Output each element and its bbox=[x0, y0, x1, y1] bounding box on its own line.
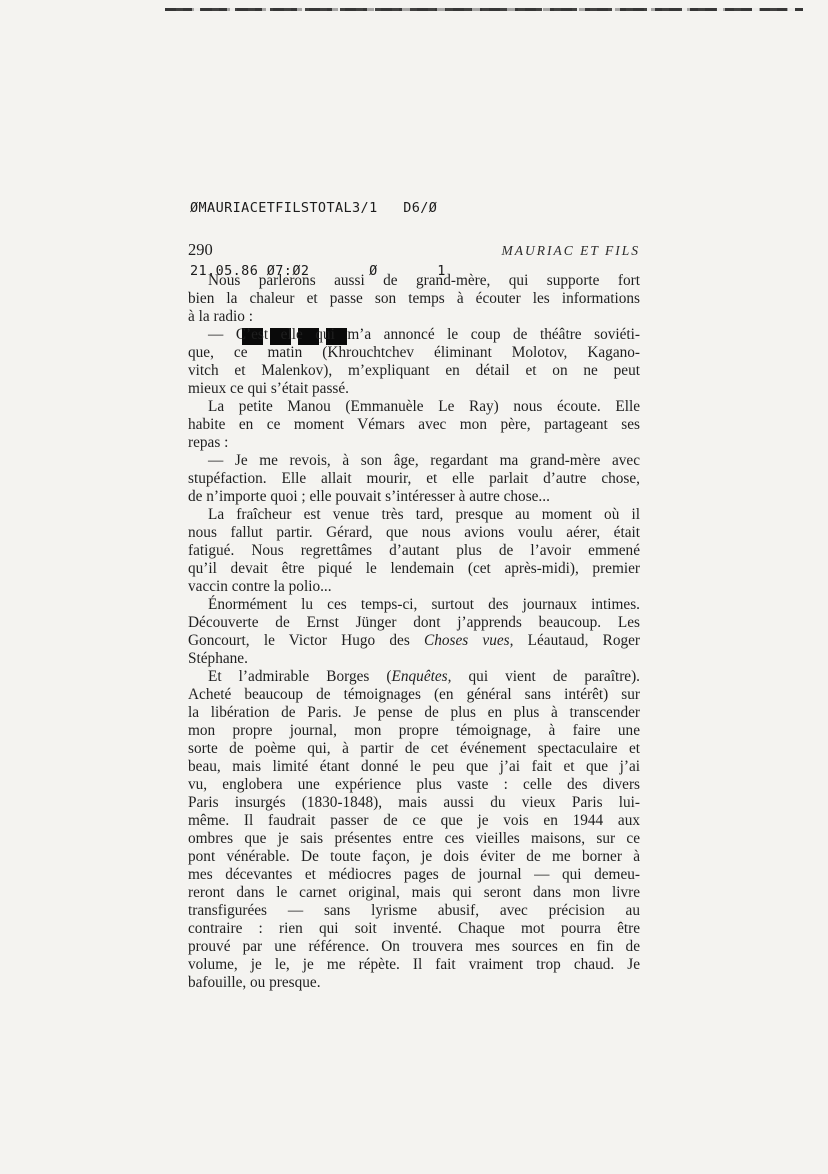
text-line: la libération de Paris. Je pense de plus… bbox=[188, 704, 640, 722]
text-segment: mieux ce qui s’était passé. bbox=[188, 380, 349, 397]
text-segment: La petite Manou (Emmanuèle Le Ray) nous … bbox=[208, 398, 640, 415]
text-segment: vaccin contre la polio... bbox=[188, 578, 332, 595]
text-line: stupéfaction. Elle allait mourir, et ell… bbox=[188, 470, 640, 488]
text-line: fatigué. Nous regrettâmes d’autant plus … bbox=[188, 542, 640, 560]
text-segment: Découverte de Ernst Jünger dont j’appren… bbox=[188, 614, 640, 631]
text-line: Paris insurgés (1830-1848), mais aussi d… bbox=[188, 794, 640, 812]
text-line: repas : bbox=[188, 434, 640, 452]
text-line: — C’est elle qui m’a annoncé le coup de … bbox=[188, 326, 640, 344]
scan-edge-line bbox=[165, 8, 803, 11]
text-segment: Paris insurgés (1830-1848), mais aussi d… bbox=[188, 794, 640, 811]
text-line: qu’il devait être piqué le lendemain (ce… bbox=[188, 560, 640, 578]
text-line: même. Il faudrait passer de ce que je vo… bbox=[188, 812, 640, 830]
text-line: Découverte de Ernst Jünger dont j’appren… bbox=[188, 614, 640, 632]
text-segment: Goncourt, le Victor Hugo des bbox=[188, 632, 424, 649]
italic-text-segment: Enquêtes, bbox=[392, 668, 452, 685]
text-line: Acheté beaucoup de témoignages (en génér… bbox=[188, 686, 640, 704]
text-segment: la libération de Paris. Je pense de plus… bbox=[188, 704, 640, 721]
text-segment: stupéfaction. Elle allait mourir, et ell… bbox=[188, 470, 640, 487]
text-line: mon propre journal, mon propre témoignag… bbox=[188, 722, 640, 740]
text-segment: sorte de poème qui, à partir de cet évén… bbox=[188, 740, 640, 757]
italic-text-segment: Choses vues, bbox=[424, 632, 513, 649]
text-line: à la radio : bbox=[188, 308, 640, 326]
scanned-book-page: ØMAURIACETFILSTOTAL3/1 D6/Ø 21.05.86 Ø7:… bbox=[0, 0, 828, 1174]
text-segment: qu’il devait être piqué le lendemain (ce… bbox=[188, 560, 640, 577]
printer-header-line1: ØMAURIACETFILSTOTAL3/1 D6/Ø bbox=[190, 198, 446, 219]
text-segment: bien la chaleur et passe son temps à éco… bbox=[188, 290, 640, 307]
text-segment: que, ce matin (Khrouchtchev éliminant Mo… bbox=[188, 344, 640, 361]
text-line: mes décevantes et médiocres pages de jou… bbox=[188, 866, 640, 884]
text-line: volume, je le, je me répète. Il fait vra… bbox=[188, 956, 640, 974]
text-line: vitch et Malenkov), m’expliquant en déta… bbox=[188, 362, 640, 380]
page-number: 290 bbox=[188, 240, 213, 260]
running-title: MAURIAC ET FILS bbox=[502, 243, 641, 259]
text-segment: Stéphane. bbox=[188, 650, 248, 667]
text-line: — Je me revois, à son âge, regardant ma … bbox=[188, 452, 640, 470]
page-header: 290 MAURIAC ET FILS bbox=[188, 240, 640, 260]
text-segment: habite en ce moment Vémars avec mon père… bbox=[188, 416, 640, 433]
text-line: vu, englobera une expérience plus vaste … bbox=[188, 776, 640, 794]
text-segment: volume, je le, je me répète. Il fait vra… bbox=[188, 956, 640, 973]
text-line: bafouille, ou presque. bbox=[188, 974, 640, 992]
text-segment: mes décevantes et médiocres pages de jou… bbox=[188, 866, 640, 883]
text-segment: reront dans le carnet original, mais qui… bbox=[188, 884, 640, 901]
text-segment: prouvé par une référence. On trouvera me… bbox=[188, 938, 640, 955]
text-line: La petite Manou (Emmanuèle Le Ray) nous … bbox=[188, 398, 640, 416]
text-line: transfigurées — sans lyrisme abusif, ave… bbox=[188, 902, 640, 920]
text-line: mieux ce qui s’était passé. bbox=[188, 380, 640, 398]
text-segment: ombres que je sais présentes entre ces v… bbox=[188, 830, 640, 847]
text-line: Et l’admirable Borges (Enquêtes, qui vie… bbox=[188, 668, 640, 686]
text-line: pont vénérable. De toute façon, je dois … bbox=[188, 848, 640, 866]
text-line: vaccin contre la polio... bbox=[188, 578, 640, 596]
text-line: que, ce matin (Khrouchtchev éliminant Mo… bbox=[188, 344, 640, 362]
body-text: Nous parlerons aussi de grand-mère, qui … bbox=[188, 272, 640, 992]
text-segment: contraire : rien qui soit inventé. Chaqu… bbox=[188, 920, 640, 937]
text-segment: Énormément lu ces temps-ci, surtout des … bbox=[208, 596, 640, 613]
text-segment: de n’importe quoi ; elle pouvait s’intér… bbox=[188, 488, 550, 505]
text-segment: Nous parlerons aussi de grand-mère, qui … bbox=[208, 272, 640, 289]
text-segment: même. Il faudrait passer de ce que je vo… bbox=[188, 812, 640, 829]
text-line: ombres que je sais présentes entre ces v… bbox=[188, 830, 640, 848]
text-segment: qui vient de paraître). bbox=[451, 668, 640, 685]
text-line: habite en ce moment Vémars avec mon père… bbox=[188, 416, 640, 434]
text-segment: fatigué. Nous regrettâmes d’autant plus … bbox=[188, 542, 640, 559]
text-segment: bafouille, ou presque. bbox=[188, 974, 321, 991]
text-segment: Acheté beaucoup de témoignages (en génér… bbox=[188, 686, 640, 703]
text-segment: transfigurées — sans lyrisme abusif, ave… bbox=[188, 902, 640, 919]
text-line: beau, mais limité étant donné le peu que… bbox=[188, 758, 640, 776]
text-segment: La fraîcheur est venue très tard, presqu… bbox=[208, 506, 640, 523]
text-segment: — Je me revois, à son âge, regardant ma … bbox=[208, 452, 640, 469]
text-segment: mon propre journal, mon propre témoignag… bbox=[188, 722, 640, 739]
text-segment: Léautaud, Roger bbox=[513, 632, 640, 649]
text-line: Goncourt, le Victor Hugo des Choses vues… bbox=[188, 632, 640, 650]
text-segment: vitch et Malenkov), m’expliquant en déta… bbox=[188, 362, 640, 379]
text-segment: — C’est elle qui m’a annoncé le coup de … bbox=[208, 326, 640, 343]
text-segment: pont vénérable. De toute façon, je dois … bbox=[188, 848, 640, 865]
text-line: Stéphane. bbox=[188, 650, 640, 668]
text-segment: Et l’admirable Borges ( bbox=[208, 668, 392, 685]
text-segment: à la radio : bbox=[188, 308, 253, 325]
text-line: contraire : rien qui soit inventé. Chaqu… bbox=[188, 920, 640, 938]
text-segment: vu, englobera une expérience plus vaste … bbox=[188, 776, 640, 793]
text-line: La fraîcheur est venue très tard, presqu… bbox=[188, 506, 640, 524]
text-line: Énormément lu ces temps-ci, surtout des … bbox=[188, 596, 640, 614]
text-line: de n’importe quoi ; elle pouvait s’intér… bbox=[188, 488, 640, 506]
text-segment: nous fallut partir. Gérard, que nous avi… bbox=[188, 524, 640, 541]
text-line: sorte de poème qui, à partir de cet évén… bbox=[188, 740, 640, 758]
text-line: prouvé par une référence. On trouvera me… bbox=[188, 938, 640, 956]
text-line: nous fallut partir. Gérard, que nous avi… bbox=[188, 524, 640, 542]
text-line: Nous parlerons aussi de grand-mère, qui … bbox=[188, 272, 640, 290]
text-segment: beau, mais limité étant donné le peu que… bbox=[188, 758, 640, 775]
text-line: bien la chaleur et passe son temps à éco… bbox=[188, 290, 640, 308]
text-line: reront dans le carnet original, mais qui… bbox=[188, 884, 640, 902]
text-segment: repas : bbox=[188, 434, 228, 451]
